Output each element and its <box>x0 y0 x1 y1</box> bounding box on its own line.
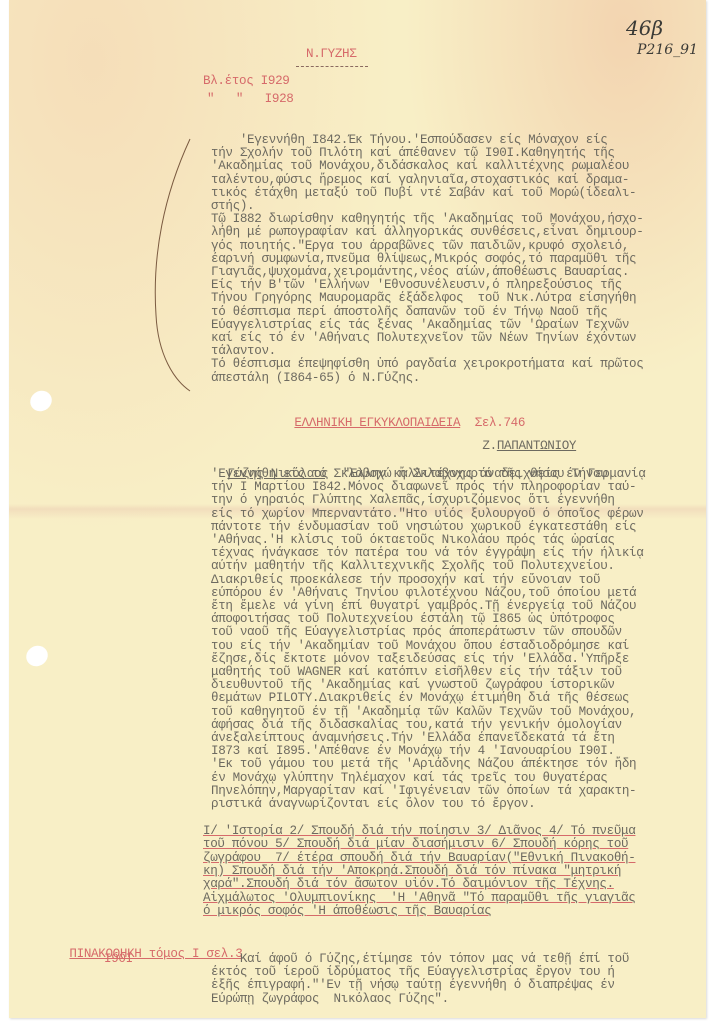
text-line: ταλέντου,φύσις ἤρεμος καί γαληνιαῖα,στοχ… <box>211 174 629 187</box>
text-line: Αἰχμάλωτος 'Ολυμπιονίκης 'Η 'Αθηνᾶ "Τό π… <box>203 892 635 905</box>
punch-hole-top <box>26 387 55 415</box>
title-underline <box>296 66 368 67</box>
text-line: Τήνου Γρηγόρης Μαυρομαρᾶς έξάδελφος τοῦ … <box>211 292 636 305</box>
text-line: 'Ακαδημίας τοῦ Μονάχου,διδάσκαλος καί κα… <box>211 160 629 173</box>
document-title: Ν.ΓΥΖΗΣ <box>306 48 356 61</box>
text-line: άπεστάλη (Ι864-65) ό Ν.Γύζης. <box>211 372 420 385</box>
text-line: γός ποιητής."Εργα του άρραβῶνες τῶν παιδ… <box>211 240 629 253</box>
folio-number: 46β <box>626 16 663 40</box>
archive-code: Ρ216_91 <box>637 42 698 58</box>
text-line: Εύρώπῃ ζωγράφος Νικόλαος Γύζης". <box>211 993 449 1006</box>
reference-year-1: Βλ.έτος Ι929 <box>203 75 290 88</box>
text-line: ριστικά άναγνωρίζονται είς ὅλον του τό ἔ… <box>211 798 535 811</box>
text-line: είς τό χωρίον Μπερναντάτο."Ητο υίός ξυλο… <box>211 508 643 521</box>
source-2-year: Ι90Ι <box>104 953 133 966</box>
text-line: λήθη μέ ρωπογραφίαν καί άλληγορικάς συνθ… <box>211 226 643 239</box>
text-line: τοῦ ναοῦ τῆς Εύαγγελιστρίας πρός άποπερά… <box>211 626 622 639</box>
text-line: θεμάτων PILOTY.Διακριθείς έν Μονάχῳ έτιμ… <box>211 692 629 705</box>
text-line: την ό γηραιός Γλύπτης Χαλεπᾶς,ίσχυριζόμε… <box>211 494 615 507</box>
text-line: τό θέσπισμα περί άποστολῆς δαπανῶν τοῦ έ… <box>211 306 607 319</box>
text-line: αύτήν μαθητήν τῆς Καλλιτεχνικῆς Σχολῆς τ… <box>211 560 615 573</box>
text-line: έν Μονάχῳ γλύπτην Τηλέμαχον καί τάς τρεῖ… <box>211 772 607 785</box>
punch-hole-bottom <box>22 642 51 670</box>
author-initial: Ζ. <box>482 439 496 453</box>
text-line: τικός έτάχθη μεταξύ τοῦ Πυβί ντέ Σαβάν κ… <box>211 187 636 200</box>
text-line: Τό θέσπισμα έπεψηφίσθη ὑπό ραγδαία χειρο… <box>211 358 643 371</box>
text-line: Ι/ 'Ιστορία 2/ Σπουδή διά τήν ποίησιν 3/… <box>203 825 635 838</box>
text-line: ό μικρός σοφός 'Η άποθέωσις τῆς Βαυαρίας <box>203 905 491 918</box>
text-line: κη) Σπουδή διά τήν 'Αποκρηά.Σπουδή διά τ… <box>203 865 621 878</box>
author-name: ΠΑΠΑΝΤΩΝΙΟΥ <box>497 439 576 453</box>
text-line: τοῦ πόνου 5/ Σπουδή διά μίαν διασήμισιν … <box>203 838 628 851</box>
text-line: τοῦ καθηγητοῦ έν τῇ 'Ακαδημίᾳ τῶν Καλῶν … <box>211 706 636 719</box>
text-line: του είς τήν 'Ακαδημίαν τοῦ Μονάχου ὅπου … <box>211 640 629 653</box>
text-line: 'Εκ τοῦ γάμου του μετά τῆς 'Αριάδνης Νάζ… <box>211 758 636 771</box>
text-line: Διακριθείς προεκάλεσε τήν προσοχήν καί τ… <box>211 574 600 587</box>
source-author: Ζ.ΠΑΠΑΝΤΩΝΙΟΥ <box>468 427 576 453</box>
source-title: ΕΛΛΗΝΙΚΗ ΕΓΚΥΚΛΟΠΑΙΔΕΙΑ <box>294 416 460 430</box>
reference-year-2: " " Ι928 <box>207 93 294 106</box>
text-line: ἑξῆς έπιγραφή."'Εν τῇ νήσῳ ταύτῃ έγεννήθ… <box>211 979 615 992</box>
text-line: χαρά".Σπουδή διά τόν ἄσωτον υἱόν.Τό δαιμ… <box>203 878 614 891</box>
text-line: ζωγράφου 7/ έτέρα σπουδή διά τήν Βαυαρία… <box>203 852 635 865</box>
pencil-mark-line <box>144 135 194 395</box>
